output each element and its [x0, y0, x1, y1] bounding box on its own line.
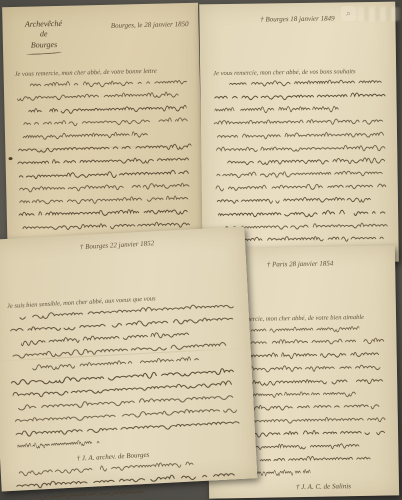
handwriting-line — [216, 183, 387, 196]
handwriting-line — [225, 222, 389, 235]
handwriting-line — [229, 79, 383, 92]
handwriting-line — [217, 131, 386, 144]
handwriting-line — [29, 104, 187, 119]
handwriting-line — [217, 196, 371, 209]
letter-sheet-1: Archevêché de Bourges Bourges, le 28 jan… — [2, 3, 204, 265]
letterhead: Archevêché de Bourges — [14, 19, 73, 55]
blurred-stamp — [358, 7, 400, 21]
handwriting-line — [30, 78, 187, 93]
handwriting-line — [18, 439, 102, 454]
handwriting-line — [218, 209, 388, 222]
dateline: Bourges, le 28 janvier 1850 — [111, 20, 189, 30]
handwriting-line — [228, 157, 387, 170]
signature: † J. A. C. de Salinis — [296, 481, 390, 491]
handwriting-line — [214, 118, 383, 131]
handwriting-line — [215, 92, 386, 105]
opening-line: Je vous remercie, mon cher abbé, de vos … — [213, 66, 387, 79]
handwriting-line — [215, 105, 339, 118]
postscript-lines — [16, 458, 246, 500]
letter-sheet-3: † Bourges 22 janvier 1852 Je suis bien s… — [0, 226, 257, 491]
handwriting-lines — [7, 302, 242, 455]
letterhead-line: Bourges — [15, 39, 73, 51]
handwriting-line — [17, 91, 179, 106]
handwriting-line — [17, 131, 150, 145]
letterhead-flourish — [26, 50, 62, 55]
letter-sheet-2: † Bourges 18 janvier 1849 Je vous remerc… — [199, 2, 399, 265]
dateline: † Bourges 22 janvier 1852 — [0, 234, 245, 255]
handwriting-line — [18, 117, 189, 132]
magnifier-icon: ⌕ — [341, 6, 356, 21]
blurred-watermark: ⌕ — [341, 6, 400, 21]
handwriting-body: Je suis bien sensible, mon cher abbé, au… — [7, 289, 245, 500]
handwriting-line — [217, 170, 382, 183]
handwriting-line — [216, 144, 385, 157]
photo-background: Archevêché de Bourges Bourges, le 28 jan… — [0, 0, 402, 500]
ink-blot — [9, 157, 13, 160]
handwriting-line — [232, 351, 382, 365]
